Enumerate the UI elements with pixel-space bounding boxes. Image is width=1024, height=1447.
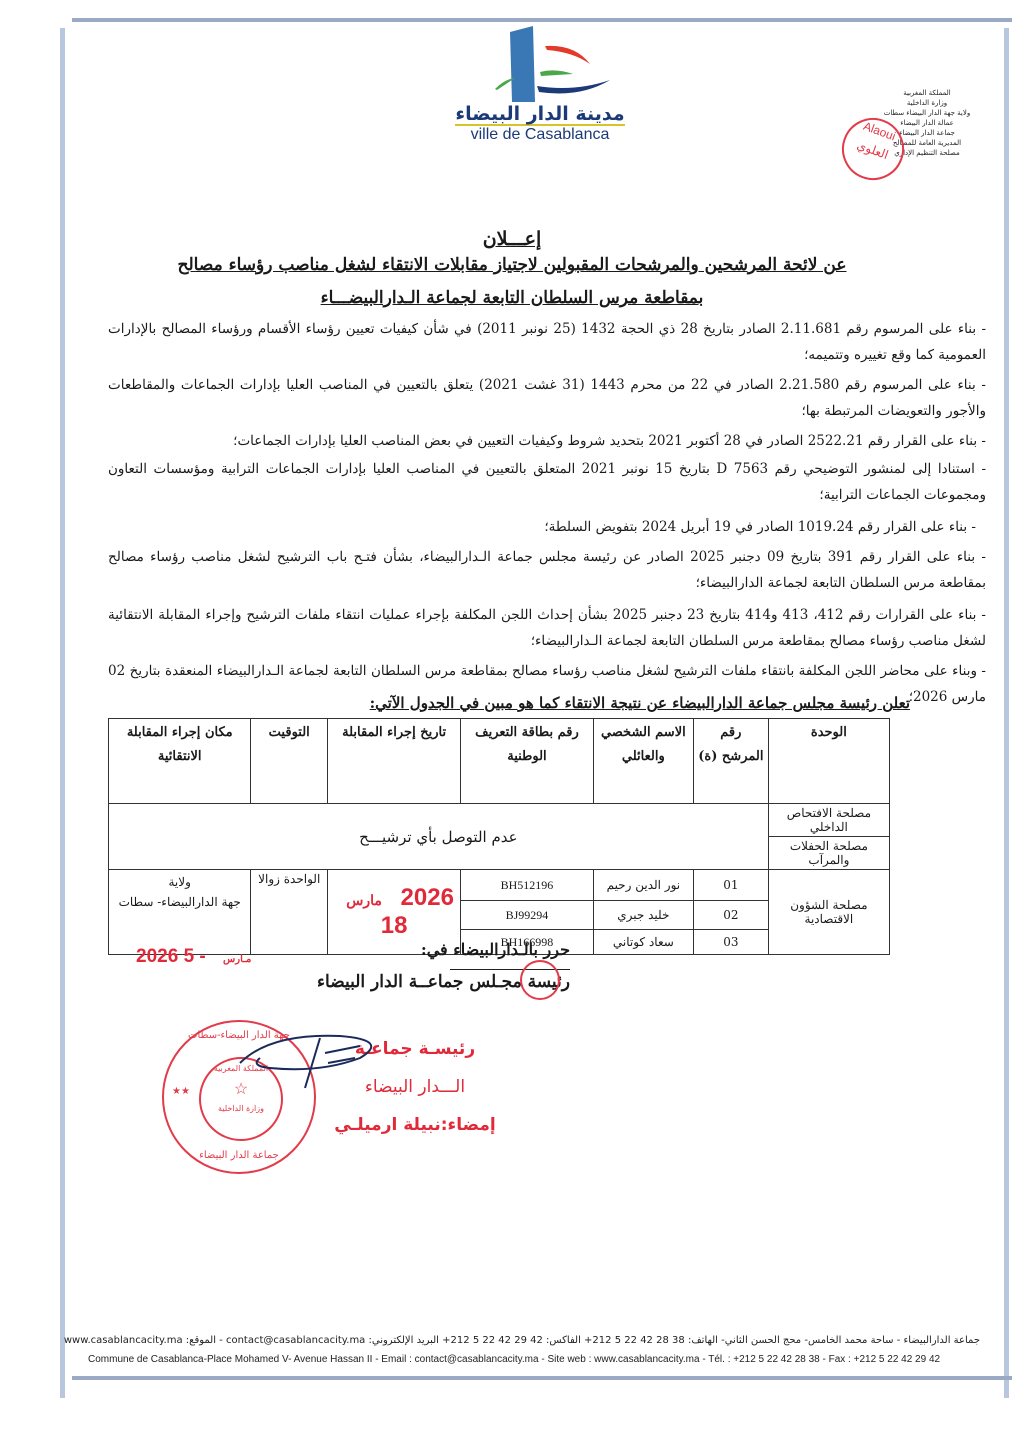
header-name: الاسم الشخصي والعائلي (593, 719, 693, 804)
candidate-name: نور الدين رحيم (593, 870, 693, 901)
candidate-number: 01 (693, 870, 768, 901)
announcement-heading: إعـــلان (0, 228, 1024, 250)
header-candidate-number: رقم المرشح (ة) (693, 719, 768, 804)
preamble-item: - بناء على القرار رقم 1019.24 الصادر في … (108, 514, 986, 540)
date-month: مارس (346, 892, 382, 908)
handwritten-signature-icon (230, 1028, 410, 1098)
unit-cell: مصلحة الافتحاص الداخلي (768, 804, 889, 837)
header-place: مكان إجراء المقابلة الانتقائية (109, 719, 251, 804)
seal-text-bottom: جماعة الدار البيضاء (164, 1150, 314, 1161)
results-table: الوحدة رقم المرشح (ة) الاسم الشخصي والعا… (108, 718, 890, 955)
place-line: جهة الدارالبيضاء- سطات (113, 892, 246, 912)
preamble-item: - بناء على القرار رقم 2522.21 الصادر في … (108, 428, 986, 454)
preamble-item: - استنادا إلى لمنشور التوضيحي رقم D 7563… (108, 456, 986, 508)
star-icon: ★★ (172, 1086, 190, 1097)
announcement-statement: تعلن رئيسة مجلس جماعة الدارالبيضاء عن نت… (180, 694, 910, 712)
table-row: مصلحة الافتحاص الداخلي عدم التوصل بأي تر… (109, 804, 890, 837)
preamble-item: - بناء على المرسوم رقم 2.21.580 الصادر ف… (108, 372, 986, 424)
footer-arabic: جماعة الدارالبيضاء - ساحة محمد الخامس- م… (88, 1335, 980, 1346)
header-unit: الوحدة (768, 719, 889, 804)
initial-stamp-icon (520, 960, 560, 1000)
date-day: 18 (381, 912, 408, 939)
issued-separator: - (199, 946, 205, 967)
stamp-line: إمضاء:نبيلة ارميلـي (310, 1106, 520, 1144)
no-candidates-cell: عدم التوصل بأي ترشيـــح (109, 804, 769, 870)
preamble-item: - بناء على القرار رقم 391 بتاريخ 09 دجنب… (108, 544, 986, 596)
footer-french: Commune de Casablanca-Place Mohamed V- A… (88, 1354, 980, 1365)
announcement-subtitle-2: بمقاطعة مرس السلطان التابعة لجماعة الـدا… (0, 288, 1024, 308)
table-header-row: الوحدة رقم المرشح (ة) الاسم الشخصي والعا… (109, 719, 890, 804)
header-cin: رقم بطاقة التعريف الوطنية (461, 719, 594, 804)
admin-line: المملكة المغربية (872, 88, 982, 98)
issued-month: مـارس (223, 954, 251, 965)
page-frame-top (72, 18, 1012, 22)
preamble-item: - بناء على المرسوم رقم 2.11.681 الصادر ب… (108, 316, 986, 368)
casablanca-logo: مدينة الدار البيضاء ville de Casablanca (455, 24, 625, 144)
place-line: ولاية (113, 872, 246, 892)
issued-year: 2026 (136, 946, 178, 967)
logo-french-text: ville de Casablanca (455, 126, 625, 144)
admin-line: وزارة الداخلية (872, 98, 982, 108)
interview-place: ولاية جهة الدارالبيضاء- سطات (109, 870, 251, 955)
issued-day: 5 (184, 946, 195, 967)
table-row: مصلحة الشؤون الاقتصادية 01 نور الدين رحي… (109, 870, 890, 901)
seal-inner-text: وزارة الداخلية (201, 1099, 281, 1119)
page-frame-bottom (72, 1376, 1012, 1380)
date-year: 2026 (401, 884, 454, 911)
candidate-cin: BJ99294 (461, 901, 594, 930)
candidate-number: 03 (693, 930, 768, 955)
header-time: التوقيت (251, 719, 328, 804)
unit-cell: مصلحة الحفلات والمرآب (768, 837, 889, 870)
admin-line: ولاية جهة الدار البيضاء سطات (872, 108, 982, 118)
preamble-item: - بناء على القرارات رقم 412، 413 و414 بت… (108, 602, 986, 654)
announcement-subtitle: عن لائحة المرشحين والمرشحات المقبولين لا… (0, 255, 1024, 275)
logo-arabic-text: مدينة الدار البيضاء (455, 104, 625, 126)
header-interview-date: تاريخ إجراء المقابلة (328, 719, 461, 804)
unit-cell: مصلحة الشؤون الاقتصادية (768, 870, 889, 955)
interview-date-stamp: 2026 مارس 18 (334, 884, 454, 939)
candidate-cin: BH512196 (461, 870, 594, 901)
candidate-name: سعاد كوتاني (593, 930, 693, 955)
issued-date-stamp: 2026 مـارس - 5 (136, 946, 263, 968)
issued-at-label: حرر بالـدارالبيضاء في: (421, 940, 570, 959)
candidate-name: خليد جبري (593, 901, 693, 930)
candidate-number: 02 (693, 901, 768, 930)
casablanca-emblem-icon (455, 24, 625, 104)
